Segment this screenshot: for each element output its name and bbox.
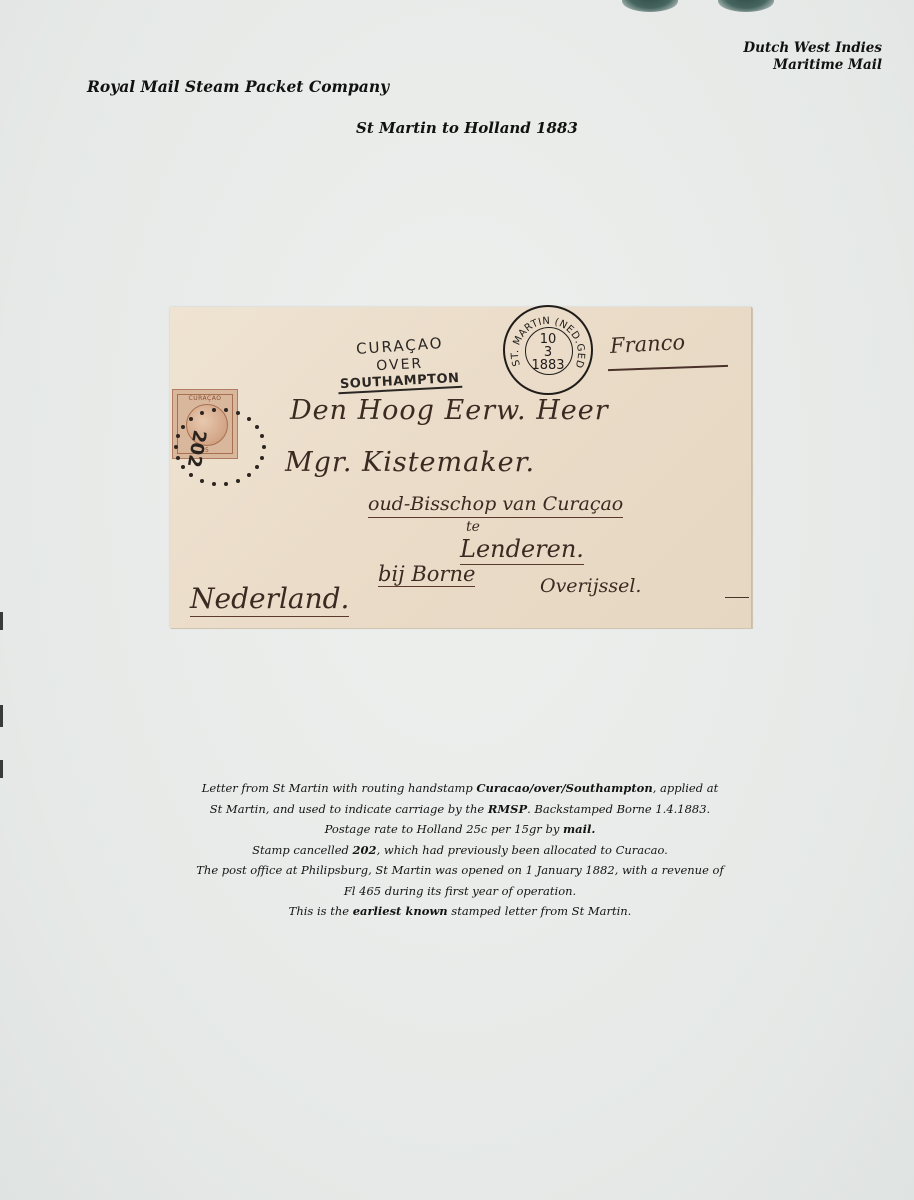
routing-handstamp: CURAÇAO OVER SOUTHAMPTON — [338, 337, 462, 391]
cancel-dot — [181, 465, 185, 469]
address-line: Lenderen. — [460, 535, 584, 565]
cancel-dot — [247, 473, 251, 477]
stamp-country: CURAÇAO — [173, 395, 237, 402]
cancel-dot — [247, 417, 251, 421]
exhibit-title: Dutch West Indies Maritime Mail — [743, 40, 882, 74]
circular-datestamp: ST. MARTIN (NED.GED) 10 3 1883 — [503, 305, 593, 395]
cancel-dot — [189, 473, 193, 477]
address-line: oud-Bisschop van Curaçao — [368, 493, 623, 518]
caption-line: St Martin, and used to indicate carriage… — [160, 799, 760, 820]
cancel-dot — [260, 456, 264, 460]
ink-blot-decoration — [622, 0, 678, 12]
page-edge-mark — [0, 760, 3, 778]
cancel-dot — [200, 411, 204, 415]
caption-line: The post office at Philipsburg, St Marti… — [160, 860, 760, 881]
caption-text: stamped letter from St Martin. — [448, 904, 632, 918]
page-title: St Martin to Holland 1883 — [356, 119, 578, 137]
caption-text: . Backstamped Borne 1.4.1883. — [527, 802, 710, 816]
cancel-dot — [174, 445, 178, 449]
manuscript-franco: Franco — [609, 330, 685, 358]
caption-emphasis: 202 — [353, 843, 377, 857]
caption-text: Postage rate to Holland 25c per 15gr by — [325, 822, 563, 836]
address-line: Den Hoog Eerw. Heer — [290, 395, 609, 426]
caption-line: Stamp cancelled 202, which had previousl… — [160, 840, 760, 861]
caption-emphasis: RMSP — [488, 802, 527, 816]
caption-line: This is the earliest known stamped lette… — [160, 901, 760, 922]
caption-text: , which had previously been allocated to… — [377, 843, 668, 857]
cancel-dot — [262, 445, 266, 449]
cancel-dot — [212, 408, 216, 412]
cancel-dot — [212, 482, 216, 486]
cancel-dot — [200, 479, 204, 483]
cancel-dot — [260, 434, 264, 438]
caption-text: St Martin, and used to indicate carriage… — [210, 802, 488, 816]
page-edge-mark — [0, 705, 3, 727]
exhibit-title-line2: Maritime Mail — [743, 57, 882, 74]
caption-text: Letter from St Martin with routing hands… — [202, 781, 477, 795]
caption-emphasis: Curacao/over/Southampton — [476, 781, 652, 795]
cancel-dot — [176, 456, 180, 460]
underline — [608, 365, 728, 371]
cancel-dot — [236, 479, 240, 483]
address-line: Mgr. Kistemaker. — [285, 447, 535, 478]
underline — [725, 597, 749, 598]
cancel-dot — [224, 482, 228, 486]
caption-emphasis: mail. — [563, 822, 595, 836]
caption-text: Stamp cancelled — [252, 843, 352, 857]
cancel-dot — [255, 425, 259, 429]
caption-line: Postage rate to Holland 25c per 15gr by … — [160, 819, 760, 840]
ink-blot-decoration — [718, 0, 774, 12]
address-line: te — [466, 519, 480, 535]
caption-emphasis: earliest known — [353, 904, 448, 918]
caption-text: , applied at — [653, 781, 719, 795]
address-line: Overijssel. — [540, 575, 641, 597]
caption-line: Fl 465 during its first year of operatio… — [160, 881, 760, 902]
postal-cover-image: CURAÇAO 25 202 CURAÇAO OVER SOUTHAMPTON … — [170, 307, 752, 628]
section-title: Royal Mail Steam Packet Company — [87, 77, 389, 96]
cancel-dot — [181, 425, 185, 429]
address-line: bij Borne — [378, 562, 475, 587]
datestamp-year: 1883 — [505, 359, 591, 372]
cancel-dot — [255, 465, 259, 469]
cancel-dot — [236, 411, 240, 415]
address-line: Nederland. — [190, 582, 349, 617]
datestamp-date: 10 3 1883 — [505, 333, 591, 372]
page-edge-mark — [0, 612, 3, 630]
cancel-dot — [189, 417, 193, 421]
caption-line: Letter from St Martin with routing hands… — [160, 778, 760, 799]
caption-text: This is the — [289, 904, 353, 918]
exhibit-title-line1: Dutch West Indies — [743, 40, 882, 57]
description-caption: Letter from St Martin with routing hands… — [160, 778, 760, 922]
